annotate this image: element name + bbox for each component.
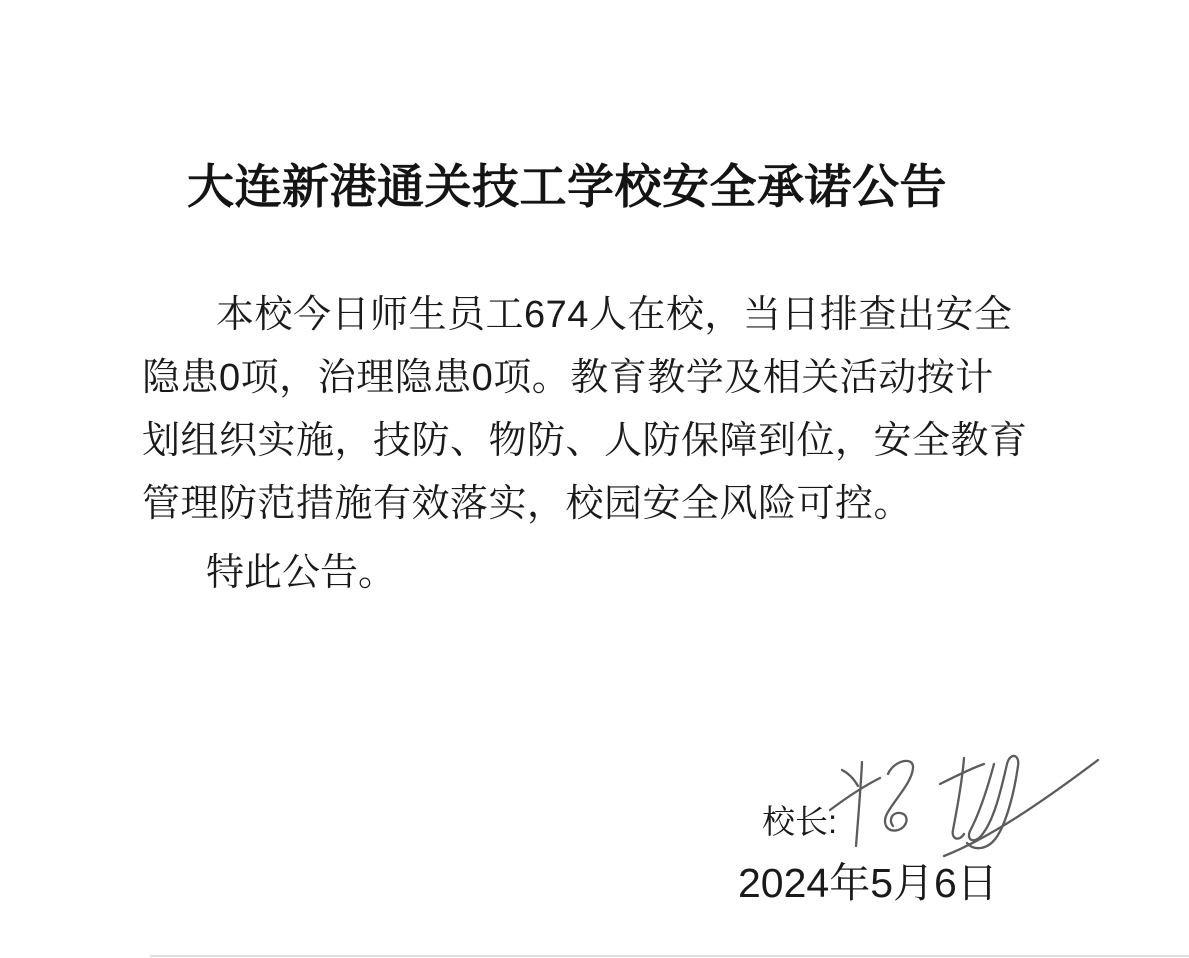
- principal-signature-icon: [820, 740, 1120, 865]
- closing-statement: 特此公告。: [142, 542, 1022, 605]
- body-line-1: 本校今日师生员工674人在校，当日排查出安全: [142, 284, 1022, 347]
- notice-date: 2024年5月6日: [738, 861, 998, 905]
- notice-body: 本校今日师生员工674人在校，当日排查出安全 隐患0项，治理隐患0项。教育教学及…: [142, 284, 1022, 605]
- body-line-4: 管理防范措施有效落实，校园安全风险可控。: [142, 473, 1022, 536]
- notice-title: 大连新港通关技工学校安全承诺公告: [187, 150, 947, 217]
- body-line-2: 隐患0项，治理隐患0项。教育教学及相关活动按计: [142, 347, 1022, 410]
- notice-page: 大连新港通关技工学校安全承诺公告 本校今日师生员工674人在校，当日排查出安全 …: [0, 0, 1189, 958]
- page-bottom-edge: [150, 955, 1189, 957]
- body-line-3: 划组织实施，技防、物防、人防保障到位，安全教育: [142, 410, 1022, 473]
